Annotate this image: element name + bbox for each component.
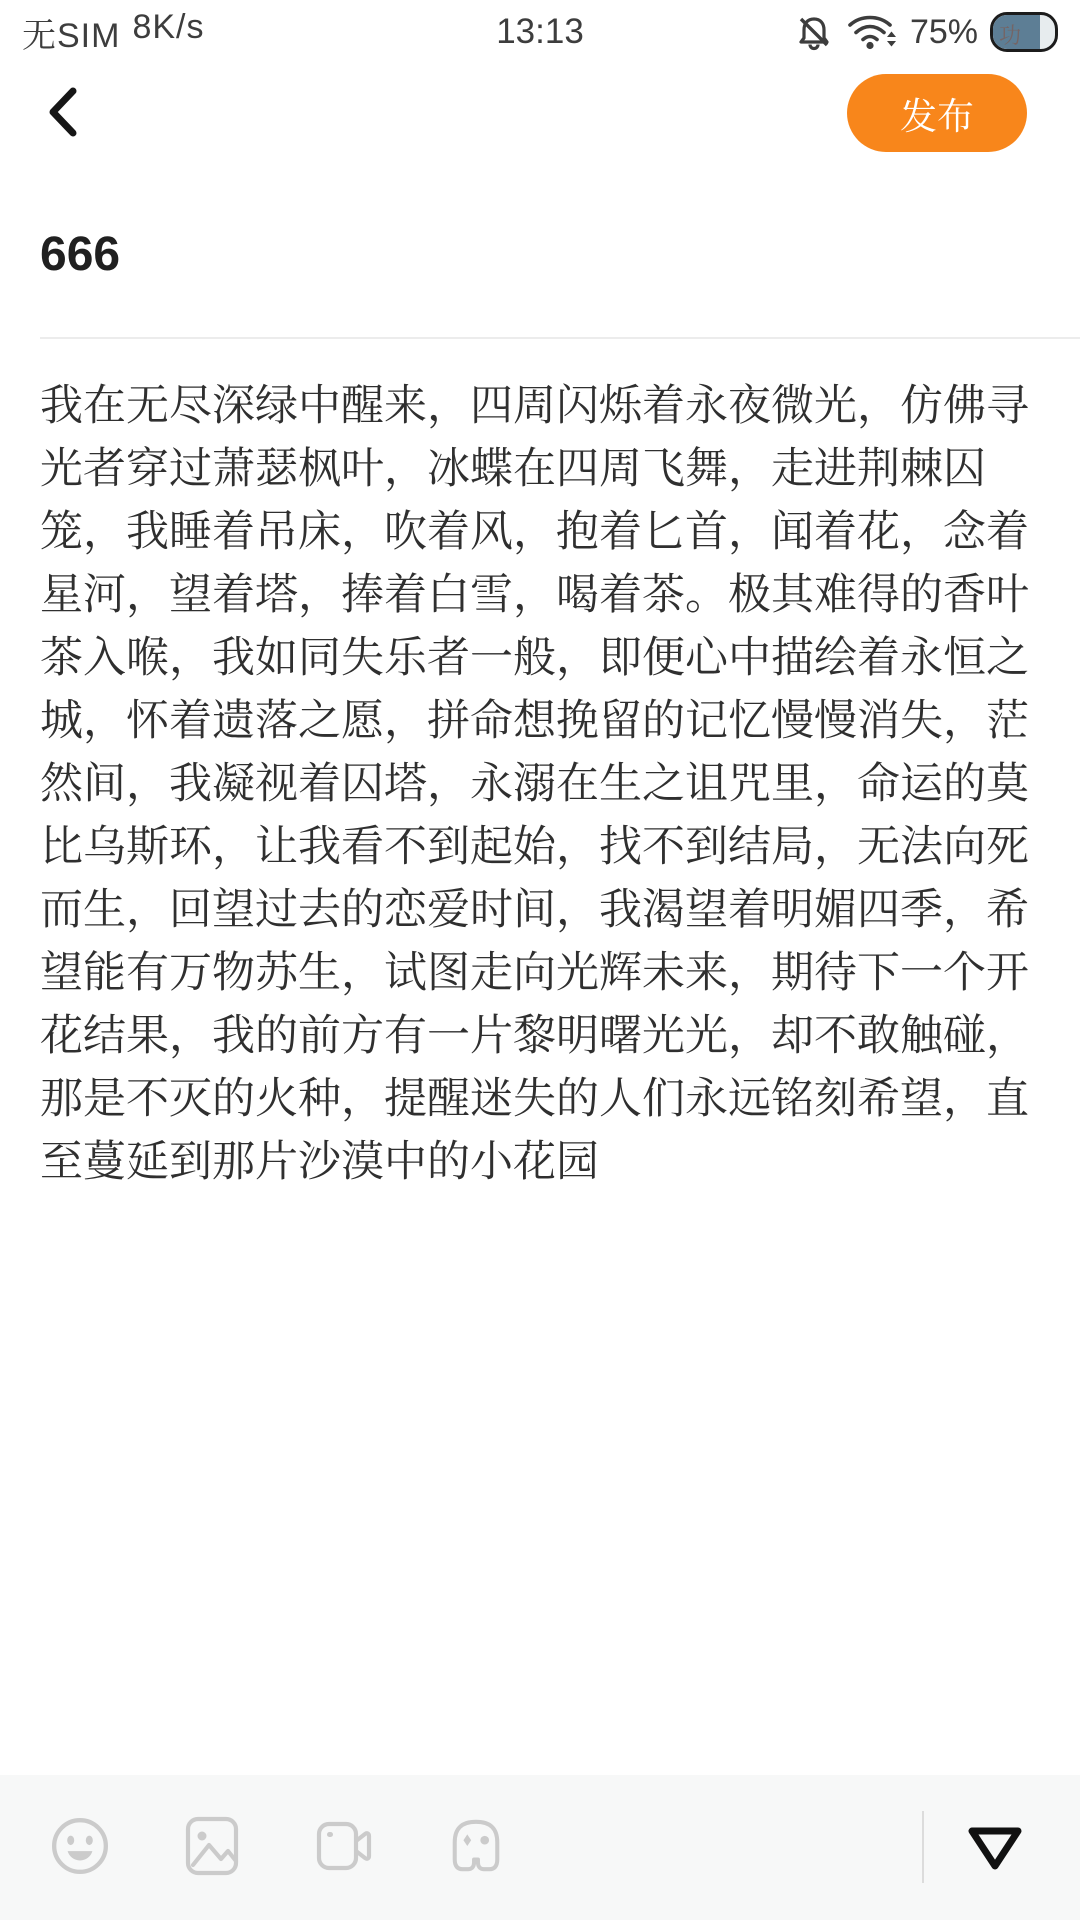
battery-icon: 功 [990,12,1058,52]
body-field[interactable]: 我在无尽深绿中醒来，四周闪烁着永夜微光，仿佛寻光者穿过萧瑟枫叶，冰蝶在四周飞舞，… [40,375,1029,1194]
status-bar: 无SIM 8K/s 13:13 [0,0,1080,64]
emoji-button[interactable] [50,1818,110,1878]
status-icons: 75% 功 [794,12,1058,52]
toolbar-divider [922,1811,924,1883]
publish-label: 发布 [900,86,974,140]
title-field[interactable]: 666 [40,220,1040,290]
notifications-muted-icon [794,12,834,52]
collapse-triangle-icon [962,1823,1028,1876]
editor-toolbar [0,1775,1080,1920]
chevron-left-icon [45,86,81,141]
collapse-keyboard-button[interactable] [960,1823,1030,1875]
insert-game-button[interactable] [446,1818,506,1878]
image-icon [183,1815,241,1880]
publish-button[interactable]: 发布 [847,74,1027,152]
video-icon [313,1815,375,1880]
nav-bar: 发布 [0,64,1080,162]
insert-video-button[interactable] [314,1818,374,1878]
wifi-icon [846,13,898,51]
editor-screen: 无SIM 8K/s 13:13 [0,0,1080,1920]
title-divider [40,337,1080,339]
battery-watermark: 功 [999,19,1021,50]
game-controller-icon [447,1815,505,1880]
insert-image-button[interactable] [182,1818,242,1878]
emoji-icon [49,1815,111,1880]
battery-percent: 75% [910,13,978,52]
back-button[interactable] [45,86,85,140]
